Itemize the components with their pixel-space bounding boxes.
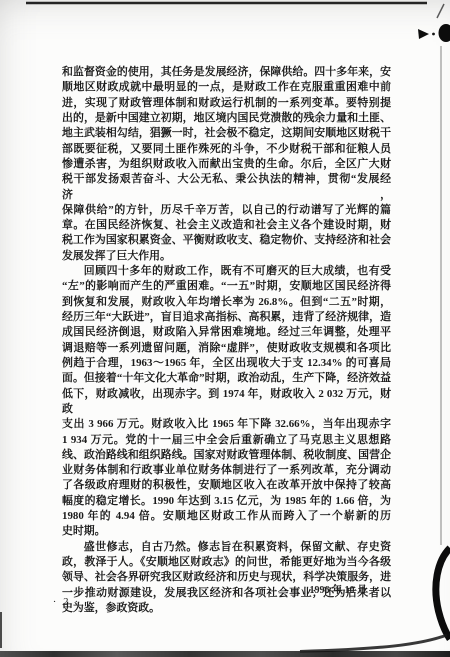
text-line: 进，实现了财政管理体制和财政运行机制的一系列变革。要特别提 bbox=[62, 96, 391, 111]
text-line: 了各级政府理财的积极性，安顺地区收入在改革开放中保持了较高 bbox=[62, 478, 391, 493]
text-line: 发展发挥了巨大作用。 bbox=[62, 249, 391, 264]
scan-curve-bottom-right bbox=[300, 635, 447, 652]
text-line: 经历三年“大跃进”，盲目追求高指标、高积累，违背了经济规律，造 bbox=[62, 310, 391, 325]
text-line: 低下，财政减收，出现赤字。到 1974 年，财政收入 2 032 万元，财政 bbox=[62, 387, 391, 418]
text-line: 史为鉴，参政资政。 bbox=[62, 601, 391, 616]
text-line: 到恢复和发展，财政收入年均增长率为 26.8%。但到“二五”时期， bbox=[62, 295, 391, 310]
text-line: 章。在国民经济恢复、社会主义改造和社会主义各个建设时期，财 bbox=[62, 218, 391, 233]
text-line: 税干部发扬艰苦奋斗、大公无私、秉公执法的精神，贯彻“发展经济， bbox=[62, 172, 391, 203]
text-line: 面。但接着“十年文化大革命”时期，政治动乱，生产下降，经济效益 bbox=[62, 371, 391, 386]
text-line: 成国民经济倒退，财政陷入异常困难境地。经过三年调整，处理平 bbox=[62, 325, 391, 340]
text-line: 部既要征税，又要同土匪作殊死的斗争，不少财税干部和征粮人员 bbox=[62, 142, 391, 157]
page-number: · 2 · bbox=[53, 596, 80, 608]
scan-mark-top-right-tick bbox=[437, 4, 444, 18]
text-line: 税工作为国家积累资金、平衡财政收支、稳定物价、支持经济和社会 bbox=[62, 233, 391, 248]
text-line: 政，教泽于人。《安顺地区财政志》的问世，希能更好地为当今各级 bbox=[62, 555, 391, 570]
publication-date: 1996 年 10 月 bbox=[0, 581, 367, 596]
scan-dot-right bbox=[432, 33, 435, 36]
scan-crescent-bottom-right bbox=[436, 548, 450, 639]
text-line: 1 934 万元。党的十一届三中全会后重新确立了马克思主义思想路 bbox=[62, 433, 391, 448]
text-line: 幅度的稳定增长。1990 年达到 3.15 亿元，为 1985 年的 1.66 … bbox=[62, 494, 391, 509]
text-line: 回顾四十多年的财政工作，既有不可磨灭的巨大成绩，也有受 bbox=[62, 264, 391, 279]
scan-blob-right-arrow bbox=[418, 29, 429, 39]
text-line: 调退赔等一系列遗留问题，消除“虚胖”，使财政收支规模和各项比 bbox=[62, 341, 391, 356]
text-line: 盛世修志，自古乃然。修志旨在积累资料，保留文献、存史资 bbox=[62, 540, 391, 555]
text-line: 保障供给”的方针，历尽千辛万苦，以自己的行动谱写了光辉的篇 bbox=[62, 203, 391, 218]
scan-edge-mark-left bbox=[0, 612, 2, 648]
scanned-document-page: 和监督资金的使用，其任务是发展经济，保障供给。四十多年来，安 顺地区财政成就中最… bbox=[0, 0, 450, 657]
text-line: 和监督资金的使用，其任务是发展经济，保障供给。四十多年来，安 bbox=[62, 65, 391, 80]
text-line: 例趋于合理，1963～1965 年，全区出现收大于支 12.34% 的可喜局 bbox=[62, 356, 391, 371]
scan-edge-band-bottom bbox=[0, 651, 450, 657]
text-line: 线、政治路线和组织路线。国家对财政管理体制、税收制度、国营企 bbox=[62, 448, 391, 463]
text-line: 1980 年的 4.94 倍。安顺地区财政工作从而跨入了一个崭新的历 bbox=[62, 509, 391, 524]
text-line: 惨遭杀害，为组织财政收入而献出宝贵的生命。尔后，全区广大财 bbox=[62, 157, 391, 172]
text-line: 支出 3 966 万元。财政收入比 1965 年下降 32.66%，当年出现赤字 bbox=[62, 417, 391, 432]
text-line: 业财务体制和行政事业单位财务体制进行了一系列改革，充分调动 bbox=[62, 463, 391, 478]
text-line: “左”的影响而产生的严重困难。“一五”时期，安顺地区国民经济得 bbox=[62, 279, 391, 294]
text-line: 出的，是新中国建立初期，地区境内国民党溃散的残余力量和土匪、 bbox=[62, 111, 391, 126]
text-block: 和监督资金的使用，其任务是发展经济，保障供给。四十多年来，安 顺地区财政成就中最… bbox=[62, 65, 391, 616]
text-line: 地主武装相勾结，猖獗一时，社会极不稳定，这期间安顺地区财税干 bbox=[62, 126, 391, 141]
text-line: 史时期。 bbox=[62, 524, 391, 539]
scan-blob-right-edge bbox=[439, 24, 450, 42]
text-line: 顺地区财政成就中最明显的一点，是财政工作在克服重重困难中前 bbox=[62, 80, 391, 95]
